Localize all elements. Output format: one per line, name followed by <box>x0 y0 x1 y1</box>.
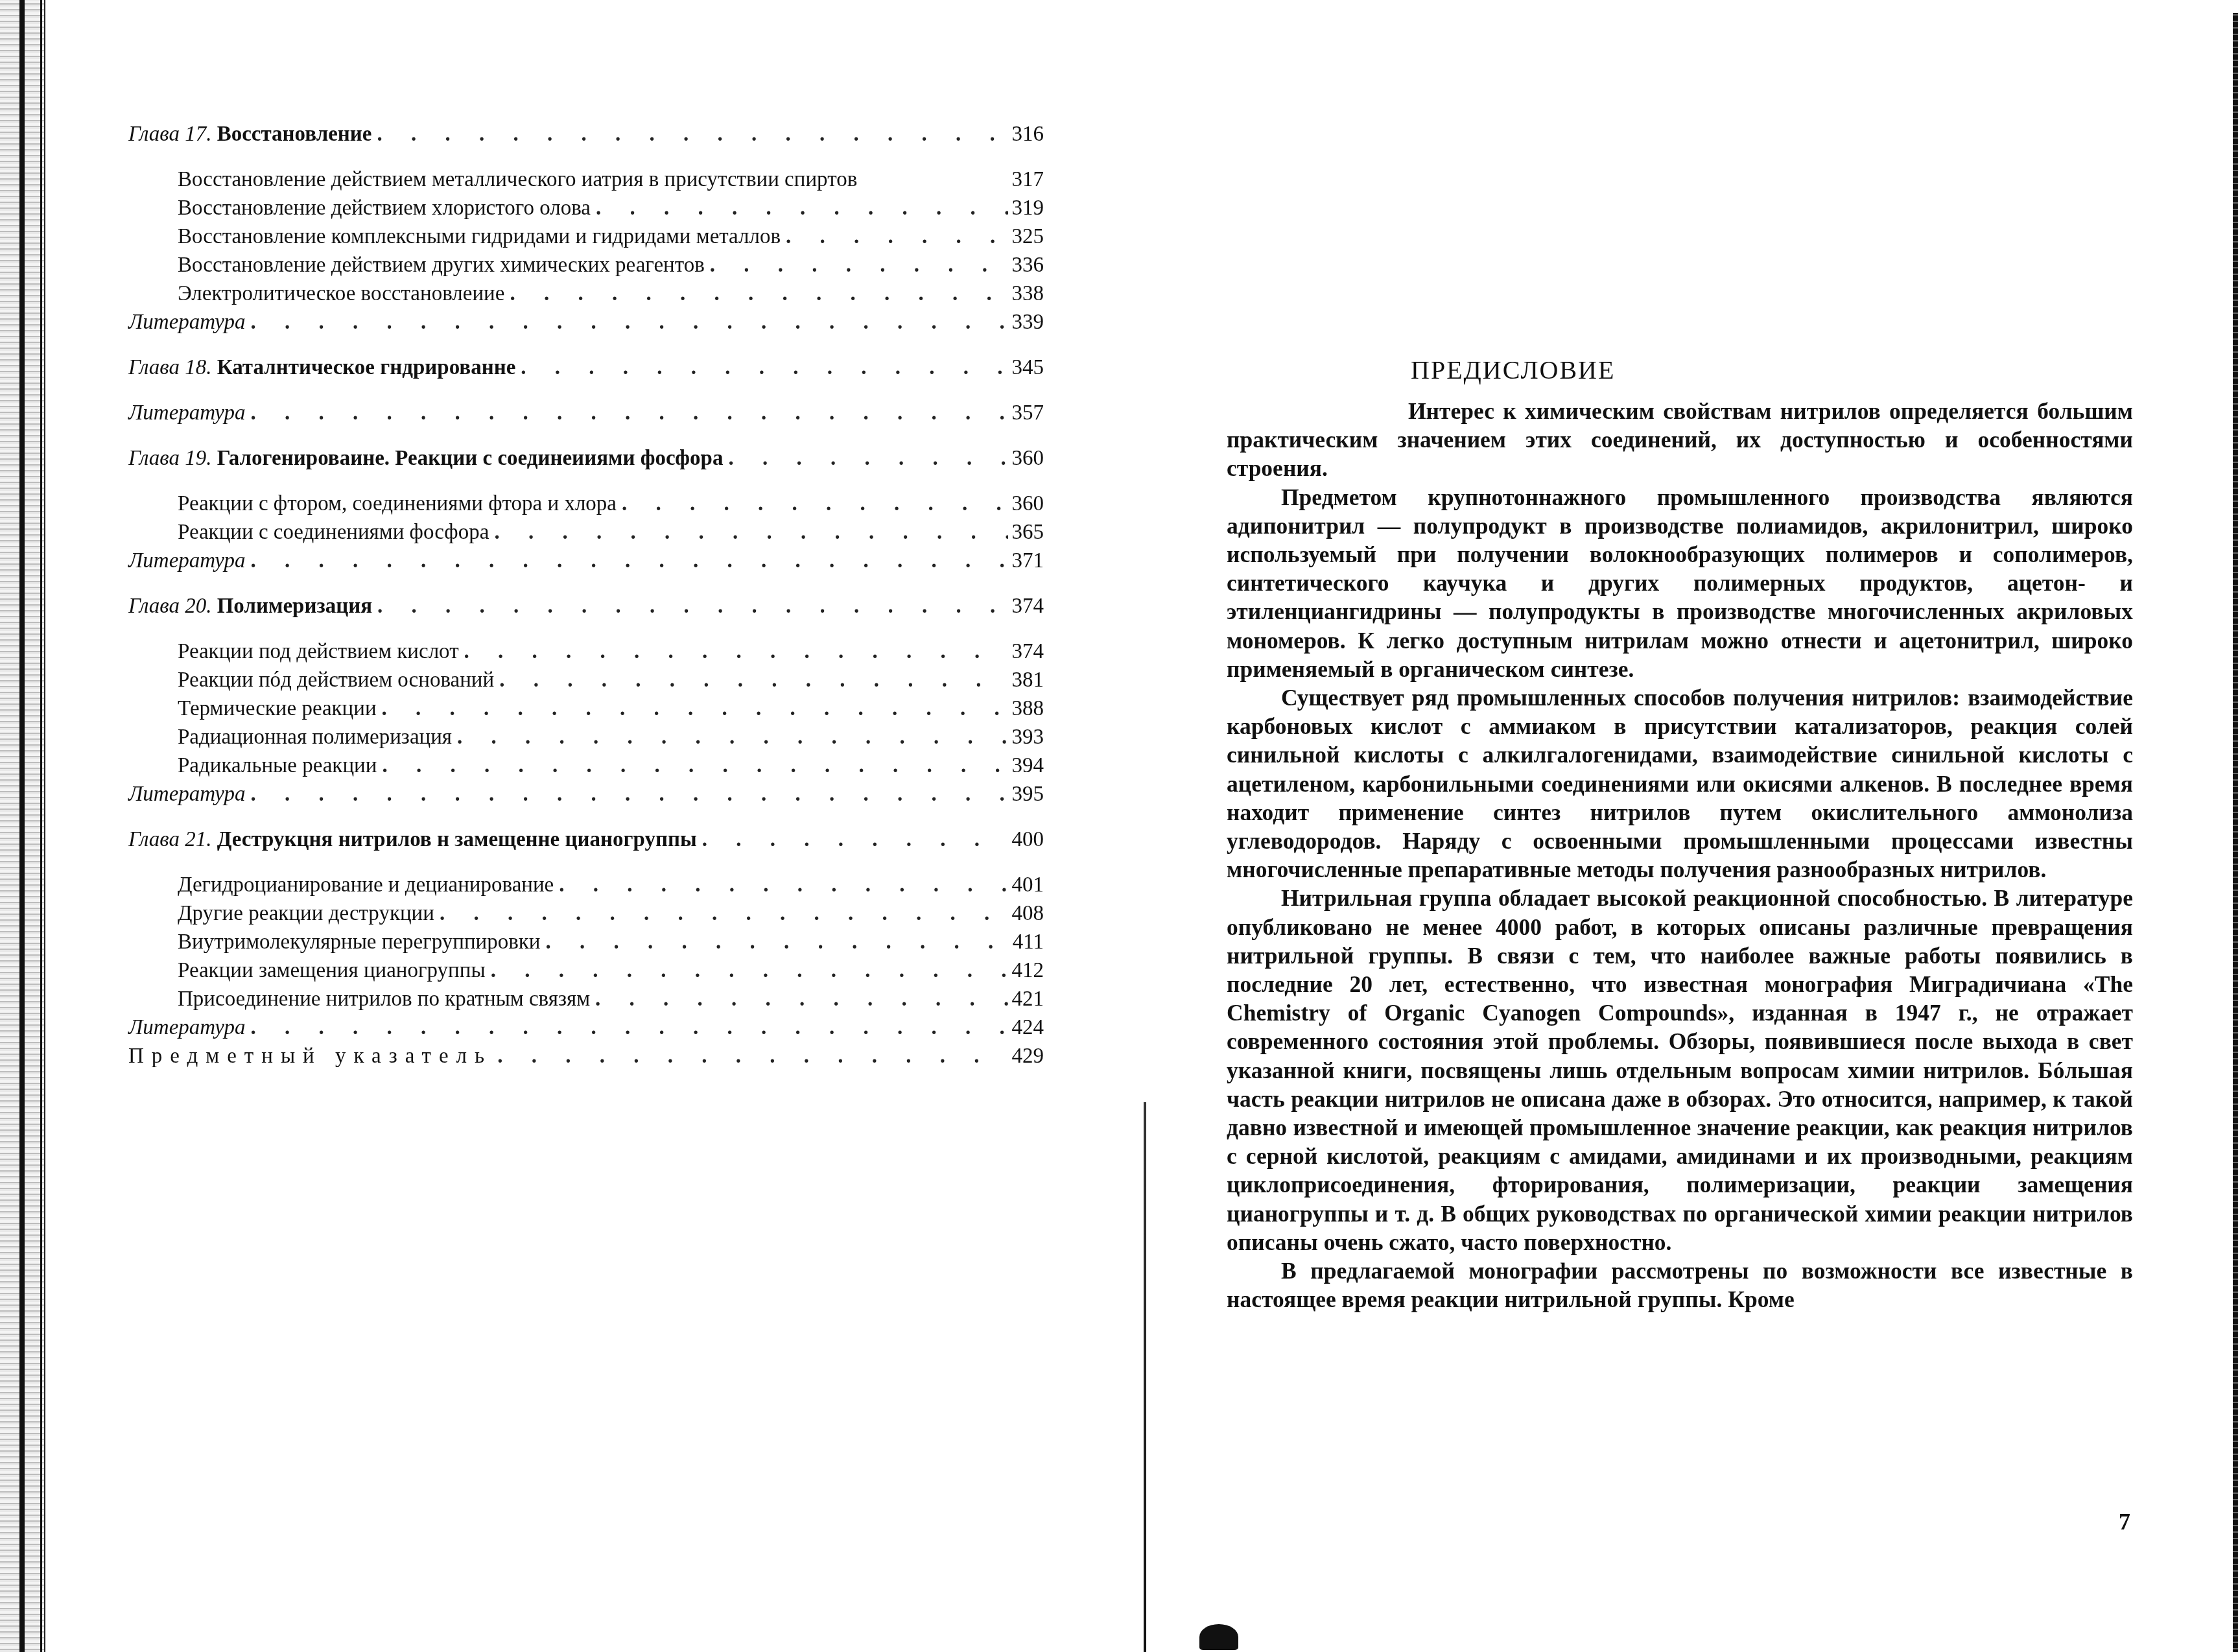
dot-leader <box>622 490 1008 518</box>
toc-page-number: 400 <box>1008 825 1044 854</box>
toc-entry-title: Реакции пóд действием оснований <box>178 666 499 694</box>
dot-leader <box>499 666 1007 694</box>
entry-text: Радиационная полимеризация <box>178 726 452 749</box>
toc-entry-title: Восстановление комплексными гидридами и … <box>178 222 786 251</box>
preface-paragraph: Нитрильная группа обладает высокой реакц… <box>1227 884 2133 1257</box>
toc-entry-title: Глава 20. Полимеризация <box>128 592 377 620</box>
toc-entry-title: Реакции под действием кислот <box>178 637 464 666</box>
toc-entry-title: Реакции замещения цианогруппы <box>178 956 491 985</box>
toc-entry-literature: Литература395 <box>128 780 1044 808</box>
toc-entry-sub: Реакции с соединениями фосфора365 <box>128 518 1044 547</box>
toc-entry-chapter: Глава 19. Галогенироваине. Реакции с сое… <box>128 444 1044 473</box>
entry-text: Восстановление комплексными гидридами и … <box>178 225 781 248</box>
toc-entry-sub: Другие реакции деструкции408 <box>128 899 1044 928</box>
entry-text: Электролитическое восстановлеиие <box>178 282 504 305</box>
toc-page-number: 393 <box>1008 723 1044 751</box>
entry-text: Восстановление действием других химическ… <box>178 254 705 277</box>
toc-page-number: 345 <box>1008 353 1044 382</box>
entry-text: Реакции замещения цианогруппы <box>178 959 486 982</box>
toc-page-number: 325 <box>1008 222 1044 251</box>
entry-text: Литература <box>128 549 246 572</box>
chapter-number: Глава 17. <box>128 123 211 146</box>
entry-text: Каталнтическое гндрированне <box>217 356 516 379</box>
dot-leader <box>491 956 1008 985</box>
toc-entry-title: Глава 17. Восстановление <box>128 120 377 148</box>
entry-text: Литература <box>128 783 246 806</box>
toc-entry-sub: Восстановление действием хлористого олов… <box>128 194 1044 222</box>
dot-leader <box>497 1042 1007 1070</box>
toc-page-number: 374 <box>1008 592 1044 620</box>
entry-text: Дегидроцианирование и децианирование <box>178 873 554 897</box>
toc-entry-literature: Литература371 <box>128 547 1044 575</box>
toc-entry-sub: Реакции замещения цианогруппы412 <box>128 956 1044 985</box>
dot-leader <box>510 279 1007 308</box>
toc-entry-sub: Присоединение нитрилов по кратным связям… <box>128 985 1044 1013</box>
toc-entry-title: Восстановление действием хлористого олов… <box>178 194 596 222</box>
toc-entry-title: Радиационная полимеризация <box>178 723 457 751</box>
toc-entry-title: Литература <box>128 399 251 427</box>
dot-leader <box>382 751 1007 780</box>
entry-text: Литература <box>128 311 246 334</box>
book-spine-edge <box>0 0 45 1652</box>
entry-text: Радикальные реакции <box>178 754 377 777</box>
toc-page-number: 336 <box>1008 251 1044 279</box>
entry-text: Термические реакции <box>178 697 377 720</box>
toc-entry-sub: Электролитическое восстановлеиие338 <box>128 279 1044 308</box>
toc-entry-title: Другие реакции деструкции <box>178 899 440 928</box>
toc-entry-chapter: Глава 20. Полимеризация374 <box>128 592 1044 620</box>
dot-leader <box>377 592 1007 620</box>
toc-page-number: 401 <box>1008 871 1044 899</box>
preface-paragraph: Интерес к химическим свойствам нитрилов … <box>1227 397 2133 483</box>
table-of-contents-page: Глава 17. Восстановление316Восстановлени… <box>128 120 1044 1070</box>
dot-leader <box>251 399 1008 427</box>
toc-spacer <box>128 148 1044 165</box>
toc-spacer <box>128 808 1044 825</box>
toc-entry-literature: Литература339 <box>128 308 1044 336</box>
entry-text: Полимеризация <box>217 595 372 618</box>
dot-leader <box>596 194 1008 222</box>
toc-page-number: 338 <box>1008 279 1044 308</box>
scan-artifact <box>1199 1624 1238 1650</box>
toc-spacer <box>128 854 1044 871</box>
entry-text: Реакции под действием кислот <box>178 640 459 663</box>
entry-text: Восстановление действием хлористого олов… <box>178 196 591 220</box>
toc-entry-title: Виутримолекулярные перегруппировки <box>178 928 546 956</box>
toc-entry-index: Предметный указатель429 <box>128 1042 1044 1070</box>
dot-leader <box>559 871 1007 899</box>
entry-text: Литература <box>128 1016 246 1039</box>
toc-spacer <box>128 427 1044 444</box>
toc-entry-literature: Литература357 <box>128 399 1044 427</box>
dot-leader <box>377 120 1008 148</box>
book-gutter <box>1144 1102 1146 1652</box>
toc-page-number: 412 <box>1008 956 1044 985</box>
toc-entry-sub: Виутримолекулярные перегруппировки411 <box>128 928 1044 956</box>
toc-entry-title: Присоединение нитрилов по кратным связям <box>178 985 595 1013</box>
entry-text: Восстановление <box>217 123 372 146</box>
dot-leader <box>546 928 1009 956</box>
toc-entry-chapter: Глава 21. Деструкцня нитрилов н замещенн… <box>128 825 1044 854</box>
chapter-number: Глава 21. <box>128 828 211 851</box>
toc-entry-title: Восстановление действием металлического … <box>178 165 862 194</box>
preface-title: ПРЕДИСЛОВИЕ <box>1411 355 1615 385</box>
dot-leader <box>710 251 1008 279</box>
dot-leader <box>251 308 1008 336</box>
toc-page-number: 395 <box>1008 780 1044 808</box>
page-edge-line <box>44 0 45 1652</box>
toc-entry-sub: Радикальные реакции394 <box>128 751 1044 780</box>
toc-entry-title: Литература <box>128 547 251 575</box>
chapter-number: Глава 19. <box>128 447 211 470</box>
dot-leader <box>786 222 1007 251</box>
toc-page-number: 408 <box>1008 899 1044 928</box>
dot-leader <box>251 1013 1008 1042</box>
toc-page-number: 421 <box>1008 985 1044 1013</box>
book-edge-right <box>2233 13 2238 1652</box>
preface-body: Интерес к химическим свойствам нитрилов … <box>1227 397 2133 1314</box>
toc-page-number: 411 <box>1009 928 1044 956</box>
toc-entry-title: Литература <box>128 780 251 808</box>
dot-leader <box>494 518 1007 547</box>
dot-leader <box>440 899 1008 928</box>
entry-text: Реакции пóд действием оснований <box>178 668 494 692</box>
chapter-number: Глава 20. <box>128 595 211 618</box>
dot-leader <box>702 825 1008 854</box>
dot-leader <box>382 694 1008 723</box>
toc-entry-title: Глава 19. Галогенироваине. Реакции с сое… <box>128 444 728 473</box>
toc-entry-title: Дегидроцианирование и децианирование <box>178 871 559 899</box>
toc-page-number: 424 <box>1008 1013 1044 1042</box>
toc-entry-sub: Дегидроцианирование и децианирование401 <box>128 871 1044 899</box>
toc-entry-title: Радикальные реакции <box>178 751 382 780</box>
toc-entry-sub: Восстановление комплексными гидридами и … <box>128 222 1044 251</box>
toc-page-number: 365 <box>1008 518 1044 547</box>
toc-spacer <box>128 620 1044 637</box>
entry-text: Галогенироваине. Реакции с соединеииями … <box>217 447 724 470</box>
toc-page-number: 339 <box>1008 308 1044 336</box>
dot-leader <box>251 780 1008 808</box>
dot-leader <box>464 637 1008 666</box>
toc-entry-chapter: Глава 17. Восстановление316 <box>128 120 1044 148</box>
page-edge-line <box>40 0 42 1652</box>
toc-entry-title: Термические реакции <box>178 694 382 723</box>
toc-page-number: 360 <box>1008 444 1044 473</box>
entry-text: Реакции с фтором, соединениями фтора и х… <box>178 492 617 515</box>
dot-leader <box>521 353 1007 382</box>
toc-page-number: 317 <box>1008 165 1044 194</box>
entry-text: Деструкцня нитрилов н замещенне цианогру… <box>217 828 697 851</box>
toc-spacer <box>128 473 1044 490</box>
dot-leader <box>595 985 1007 1013</box>
preface-paragraph: Предметом крупнотоннажного промышленного… <box>1227 483 2133 683</box>
toc-page-number: 388 <box>1008 694 1044 723</box>
toc-entry-literature: Литература424 <box>128 1013 1044 1042</box>
toc-spacer <box>128 575 1044 592</box>
toc-entry-sub: Реакции пóд действием оснований381 <box>128 666 1044 694</box>
toc-page-number: 374 <box>1008 637 1044 666</box>
toc-entry-sub: Восстановление действием металлического … <box>128 165 1044 194</box>
entry-text: Другие реакции деструкции <box>178 902 434 925</box>
toc-entry-sub: Реакции под действием кислот374 <box>128 637 1044 666</box>
toc-entry-title: Литература <box>128 1013 251 1042</box>
chapter-number: Глава 18. <box>128 356 211 379</box>
dot-leader <box>251 547 1008 575</box>
toc-page-number: 381 <box>1008 666 1044 694</box>
toc-entry-title: Глава 21. Деструкцня нитрилов н замещенн… <box>128 825 702 854</box>
toc-entry-title: Реакции с соединениями фосфора <box>178 518 494 547</box>
page-number: 7 <box>2119 1508 2130 1535</box>
toc-entry-title: Электролитическое восстановлеиие <box>178 279 510 308</box>
toc-page-number: 394 <box>1008 751 1044 780</box>
preface-paragraph: В предлагаемой монографии рассмотрены по… <box>1227 1257 2133 1314</box>
dot-leader <box>457 723 1007 751</box>
toc-entry-chapter: Глава 18. Каталнтическое гндрированне345 <box>128 353 1044 382</box>
toc-entry-sub: Восстановление действием других химическ… <box>128 251 1044 279</box>
preface-paragraph: Существует ряд промышленных способов пол… <box>1227 683 2133 884</box>
toc-entry-sub: Радиационная полимеризация393 <box>128 723 1044 751</box>
toc-page-number: 429 <box>1008 1042 1044 1070</box>
toc-entry-title: Предметный указатель <box>128 1042 497 1070</box>
toc-entry-title: Восстановление действием других химическ… <box>178 251 710 279</box>
toc-entry-title: Реакции с фтором, соединениями фтора и х… <box>178 490 622 518</box>
entry-text: Виутримолекулярные перегруппировки <box>178 930 541 954</box>
toc-spacer <box>128 336 1044 353</box>
toc-page-number: 360 <box>1008 490 1044 518</box>
toc-entry-sub: Реакции с фтором, соединениями фтора и х… <box>128 490 1044 518</box>
toc-page-number: 316 <box>1008 120 1044 148</box>
dot-leader <box>728 444 1007 473</box>
entry-text: Предметный указатель <box>128 1044 492 1068</box>
entry-text: Реакции с соединениями фосфора <box>178 521 489 544</box>
toc-spacer <box>128 382 1044 399</box>
toc-entry-title: Литература <box>128 308 251 336</box>
toc-page-number: 319 <box>1008 194 1044 222</box>
entry-text: Присоединение нитрилов по кратным связям <box>178 987 590 1011</box>
toc-entry-sub: Термические реакции388 <box>128 694 1044 723</box>
entry-text: Восстановление действием металлического … <box>178 168 857 191</box>
toc-page-number: 357 <box>1008 399 1044 427</box>
toc-page-number: 371 <box>1008 547 1044 575</box>
entry-text: Литература <box>128 401 246 425</box>
toc-entry-title: Глава 18. Каталнтическое гндрированне <box>128 353 521 382</box>
